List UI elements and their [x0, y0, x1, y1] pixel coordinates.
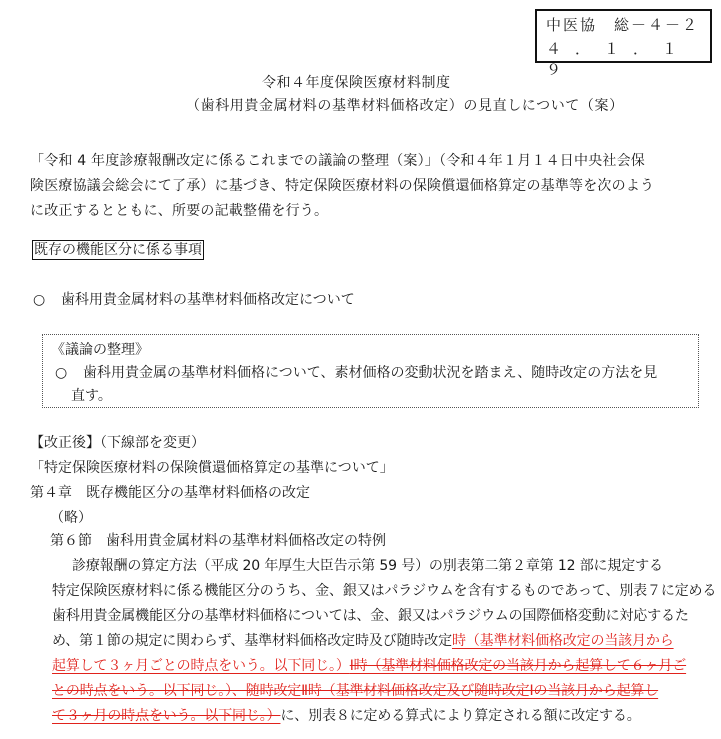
intro-line-2: 険医療協議会総会にて了承）に基づき、特定保険医療材料の保険償還価格算定の基準等を…	[30, 175, 654, 195]
discussion-point: ○歯科用貴金属の基準材料価格について、素材価格の変動状況を踏まえ、随時改定の方法…	[55, 362, 657, 382]
amendment-label: 【改正後】（下線部を変更）	[30, 432, 205, 452]
unchanged-text: に、別表８に定める算式により算定される額に改定する。	[280, 708, 640, 724]
paragraph-line-7: て３ヶ月の時点をいう。以下同じ。）に、別表８に定める算式により算定される額に改定…	[52, 705, 641, 725]
discussion-heading: 《議論の整理》	[51, 339, 149, 359]
omitted-marker: （略）	[50, 507, 92, 527]
chapter-heading: 第４章 既存機能区分の基準材料価格の改定	[30, 482, 310, 502]
date-part: ９	[546, 59, 575, 80]
document-id: 中医協 総－４－２	[546, 14, 699, 35]
discussion-text-1: 歯科用貴金属の基準材料価格について、素材価格の変動状況を踏まえ、随時改定の方法を…	[83, 365, 657, 381]
added-text: 時（基準材料価格改定の当該月から	[452, 633, 674, 649]
date-part: ．	[633, 38, 662, 59]
deleted-text: Ⅰ時（基準材料価格改定の当該月から起算して６ヶ月ご	[350, 658, 686, 674]
deleted-text: て３ヶ月の時点をいう。以下同じ。）	[52, 708, 280, 724]
paragraph-line-5: 起算して３ヶ月ごとの時点をいう。以下同じ。）Ⅰ時（基準材料価格改定の当該月から起…	[52, 655, 686, 675]
paragraph-line-1: 診療報酬の算定方法（平成 20 年厚生大臣告示第 59 号）の別表第二第２章第 …	[72, 555, 663, 575]
agenda-item: ○歯科用貴金属材料の基準材料価格改定について	[33, 289, 355, 309]
section-heading: 既存の機能区分に係る事項	[32, 240, 204, 260]
paragraph-line-4: め、第１節の規定に関わらず、基準材料価格改定時及び随時改定時（基準材料価格改定の…	[52, 630, 674, 650]
amendment-doc-title: 「特定保険医療材料の保険償還価格算定の基準について」	[30, 457, 394, 477]
date-part: ４	[546, 38, 575, 59]
added-text: 起算して３ヶ月ごとの時点をいう。以下同じ。）	[52, 658, 350, 674]
discussion-text-2: 直す。	[71, 385, 112, 405]
document-subtitle: （歯科用貴金属材料の基準材料価格改定）の見直しについて（案）	[186, 95, 624, 115]
paragraph-line-2: 特定保険医療材料に係る機能区分のうち、金、銀又はパラジウムを含有するものであって…	[52, 580, 716, 600]
document-title: 令和４年度保険医療材料制度	[262, 72, 451, 92]
paragraph-line-3: 歯科用貴金属機能区分の基準材料価格については、金、銀又はパラジウムの国際価格変動…	[52, 605, 689, 625]
bullet-circle-icon: ○	[55, 365, 83, 381]
discussion-summary-box: 《議論の整理》 ○歯科用貴金属の基準材料価格について、素材価格の変動状況を踏まえ…	[42, 334, 699, 408]
bullet-circle-icon: ○	[33, 292, 61, 308]
deleted-text: との時点をいう。以下同じ。）、随時改定Ⅱ時（基準材料価格改定及び随時改定Ⅰの当該…	[52, 683, 658, 699]
intro-line-1: 「令和 4 年度診療報酬改定に係るこれまでの議論の整理（案）」（令和４年１月１４…	[30, 150, 645, 170]
agenda-item-text: 歯科用貴金属材料の基準材料価格改定について	[61, 292, 355, 308]
intro-line-3: に改正するとともに、所要の記載整備を行う。	[30, 200, 328, 220]
document-date: ４．１．１９	[546, 38, 710, 80]
unchanged-text: め、第１節の規定に関わらず、基準材料価格改定時及び随時改定	[52, 633, 452, 649]
date-part: １	[662, 38, 691, 59]
paragraph-line-6: との時点をいう。以下同じ。）、随時改定Ⅱ時（基準材料価格改定及び随時改定Ⅰの当該…	[52, 680, 658, 700]
date-part: １	[604, 38, 633, 59]
section-6-heading: 第６節 歯科用貴金属材料の基準材料価格改定の特例	[50, 530, 386, 550]
date-part: ．	[575, 38, 604, 59]
document-id-box: 中医協 総－４－２ ４．１．１９	[535, 9, 712, 63]
